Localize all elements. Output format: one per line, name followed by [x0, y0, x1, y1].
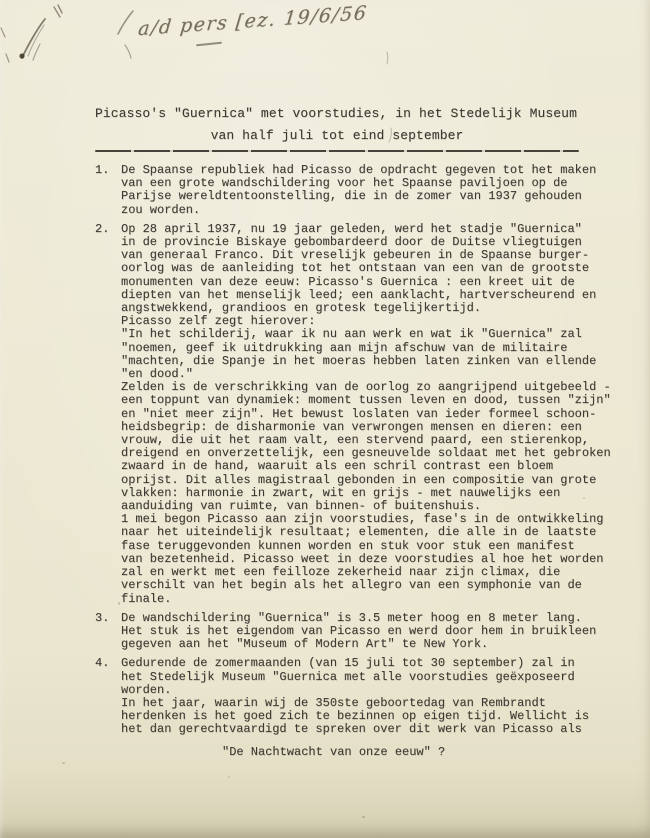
- handwritten-note: a/d pers [ez. 19/6/56: [137, 2, 368, 40]
- handwritten-note-text: a/d pers [ez. 19/6/56: [137, 2, 368, 40]
- paragraph-4-number: 4.: [95, 657, 121, 736]
- paragraph-3-text: De wandschildering "Guernica" is 3.5 met…: [121, 612, 635, 652]
- paragraph-list: 1. De Spaanse republiek had Picasso de o…: [95, 164, 635, 737]
- closing-quote: "De Nachtwacht van onze eeuw" ?: [222, 746, 635, 759]
- typed-document-body: Picasso's "Guernica" met voorstudies, in…: [95, 103, 635, 759]
- handwritten-note-underline: [196, 42, 222, 47]
- paragraph-1-number: 1.: [95, 164, 121, 217]
- paragraph-2: 2. Op 28 april 1937, nu 19 jaar geleden,…: [95, 223, 635, 606]
- title-line-1: Picasso's "Guernica" met voorstudies, in…: [95, 103, 579, 125]
- paper-speck: [362, 816, 365, 818]
- title-line-2: van half juli tot eind september: [95, 125, 579, 147]
- paper-speck: [228, 776, 230, 778]
- paper-speck: [62, 762, 65, 764]
- document-title: Picasso's "Guernica" met voorstudies, in…: [95, 103, 579, 152]
- paragraph-1-text: De Spaanse republiek had Picasso de opdr…: [121, 164, 635, 217]
- paragraph-3-number: 3.: [95, 612, 121, 652]
- title-underline-rule: [95, 150, 579, 152]
- paragraph-2-number: 2.: [95, 223, 121, 606]
- paragraph-3: 3. De wandschildering "Guernica" is 3.5 …: [95, 612, 635, 652]
- paragraph-2-text: Op 28 april 1937, nu 19 jaar geleden, we…: [121, 223, 635, 606]
- scanned-document-page: a/d pers [ez. 19/6/56 Picasso's "Guernic…: [0, 0, 650, 838]
- paragraph-1: 1. De Spaanse republiek had Picasso de o…: [95, 164, 635, 217]
- paragraph-4-text: Gedurende de zomermaanden (van 15 juli t…: [121, 657, 635, 736]
- paragraph-4: 4. Gedurende de zomermaanden (van 15 jul…: [95, 657, 635, 736]
